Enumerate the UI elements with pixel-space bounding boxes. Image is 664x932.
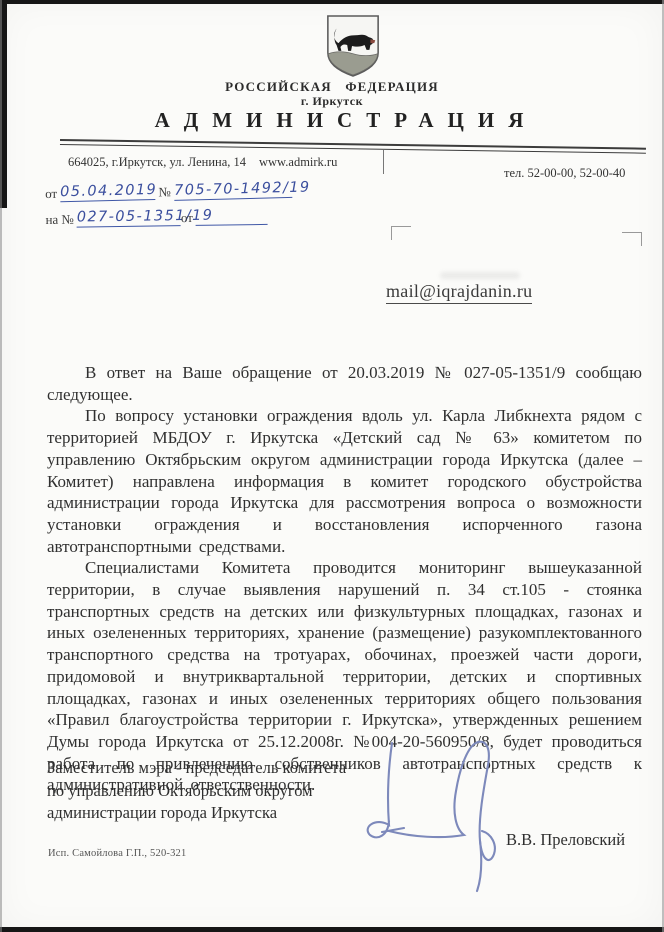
scanned-letter-page: РОССИЙСКАЯ ФЕДЕРАЦИЯ г. Иркутск АДМИНИСТ… [0, 0, 664, 932]
irkutsk-coat-of-arms-icon [324, 14, 382, 78]
ref-date-handwritten: 05.04.2019 [60, 182, 157, 200]
signature-autograph [352, 733, 542, 898]
executor-note: Исп. Самойлова Г.П., 520-321 [48, 848, 186, 859]
letterhead-website: www.admirk.ru [259, 155, 337, 169]
ref-empty-underline [196, 208, 268, 226]
letterhead-org-title: АДМИНИСТРАЦИЯ [0, 108, 664, 133]
letterhead-postal-address: 664025, г.Иркутск, ул. Ленина, 14 [68, 155, 246, 169]
reference-block: от05.04.2019 №705-70-1492/19 на №027-05-… [45, 179, 366, 235]
ref-number-label: № [158, 184, 171, 200]
addressee-corner-mark-right [622, 232, 642, 246]
body-paragraph-1: В ответ на Ваше обращение от 20.03.2019 … [47, 362, 642, 405]
signer-position-line-2: по управлению Октябрьским округом [47, 780, 346, 803]
addressee-email: mail@iqrajdanin.ru [386, 281, 532, 304]
scan-smudge [440, 272, 520, 279]
reference-line-reply: на №027-05-1351/19от [45, 205, 365, 235]
scan-edge-bottom [0, 927, 664, 932]
scan-edge-left-line [0, 0, 2, 932]
signer-position: Заместитель мэра - председатель комитета… [47, 757, 346, 825]
addressee-corner-mark-left [391, 226, 411, 240]
letterhead-phone: тел. 52-00-00, 52-00-40 [504, 166, 625, 181]
letterhead-city: г. Иркутск [0, 94, 664, 109]
signer-name: В.В. Преловский [506, 830, 625, 850]
body-paragraph-2: По вопросу установки ограждения вдоль ул… [47, 405, 642, 557]
letterhead-address-row: 664025, г.Иркутск, ул. Ленина, 14www.adm… [68, 155, 337, 170]
letterhead-country: РОССИЙСКАЯ ФЕДЕРАЦИЯ [0, 79, 664, 95]
signer-position-line-1: Заместитель мэра - председатель комитета [47, 757, 346, 780]
scan-edge-top [0, 0, 664, 4]
ref-number-handwritten: 705-70-1492/19 [174, 179, 311, 198]
signer-position-line-3: администрации города Иркутска [47, 802, 346, 825]
letter-body: В ответ на Ваше обращение от 20.03.2019 … [47, 362, 642, 796]
ref-reply-label: на № [45, 212, 74, 228]
letterhead-vertical-divider [383, 150, 384, 174]
letterhead-double-rule [60, 139, 646, 154]
ref-reply-from-label: от [181, 210, 193, 226]
ref-from-label: от [45, 186, 57, 202]
